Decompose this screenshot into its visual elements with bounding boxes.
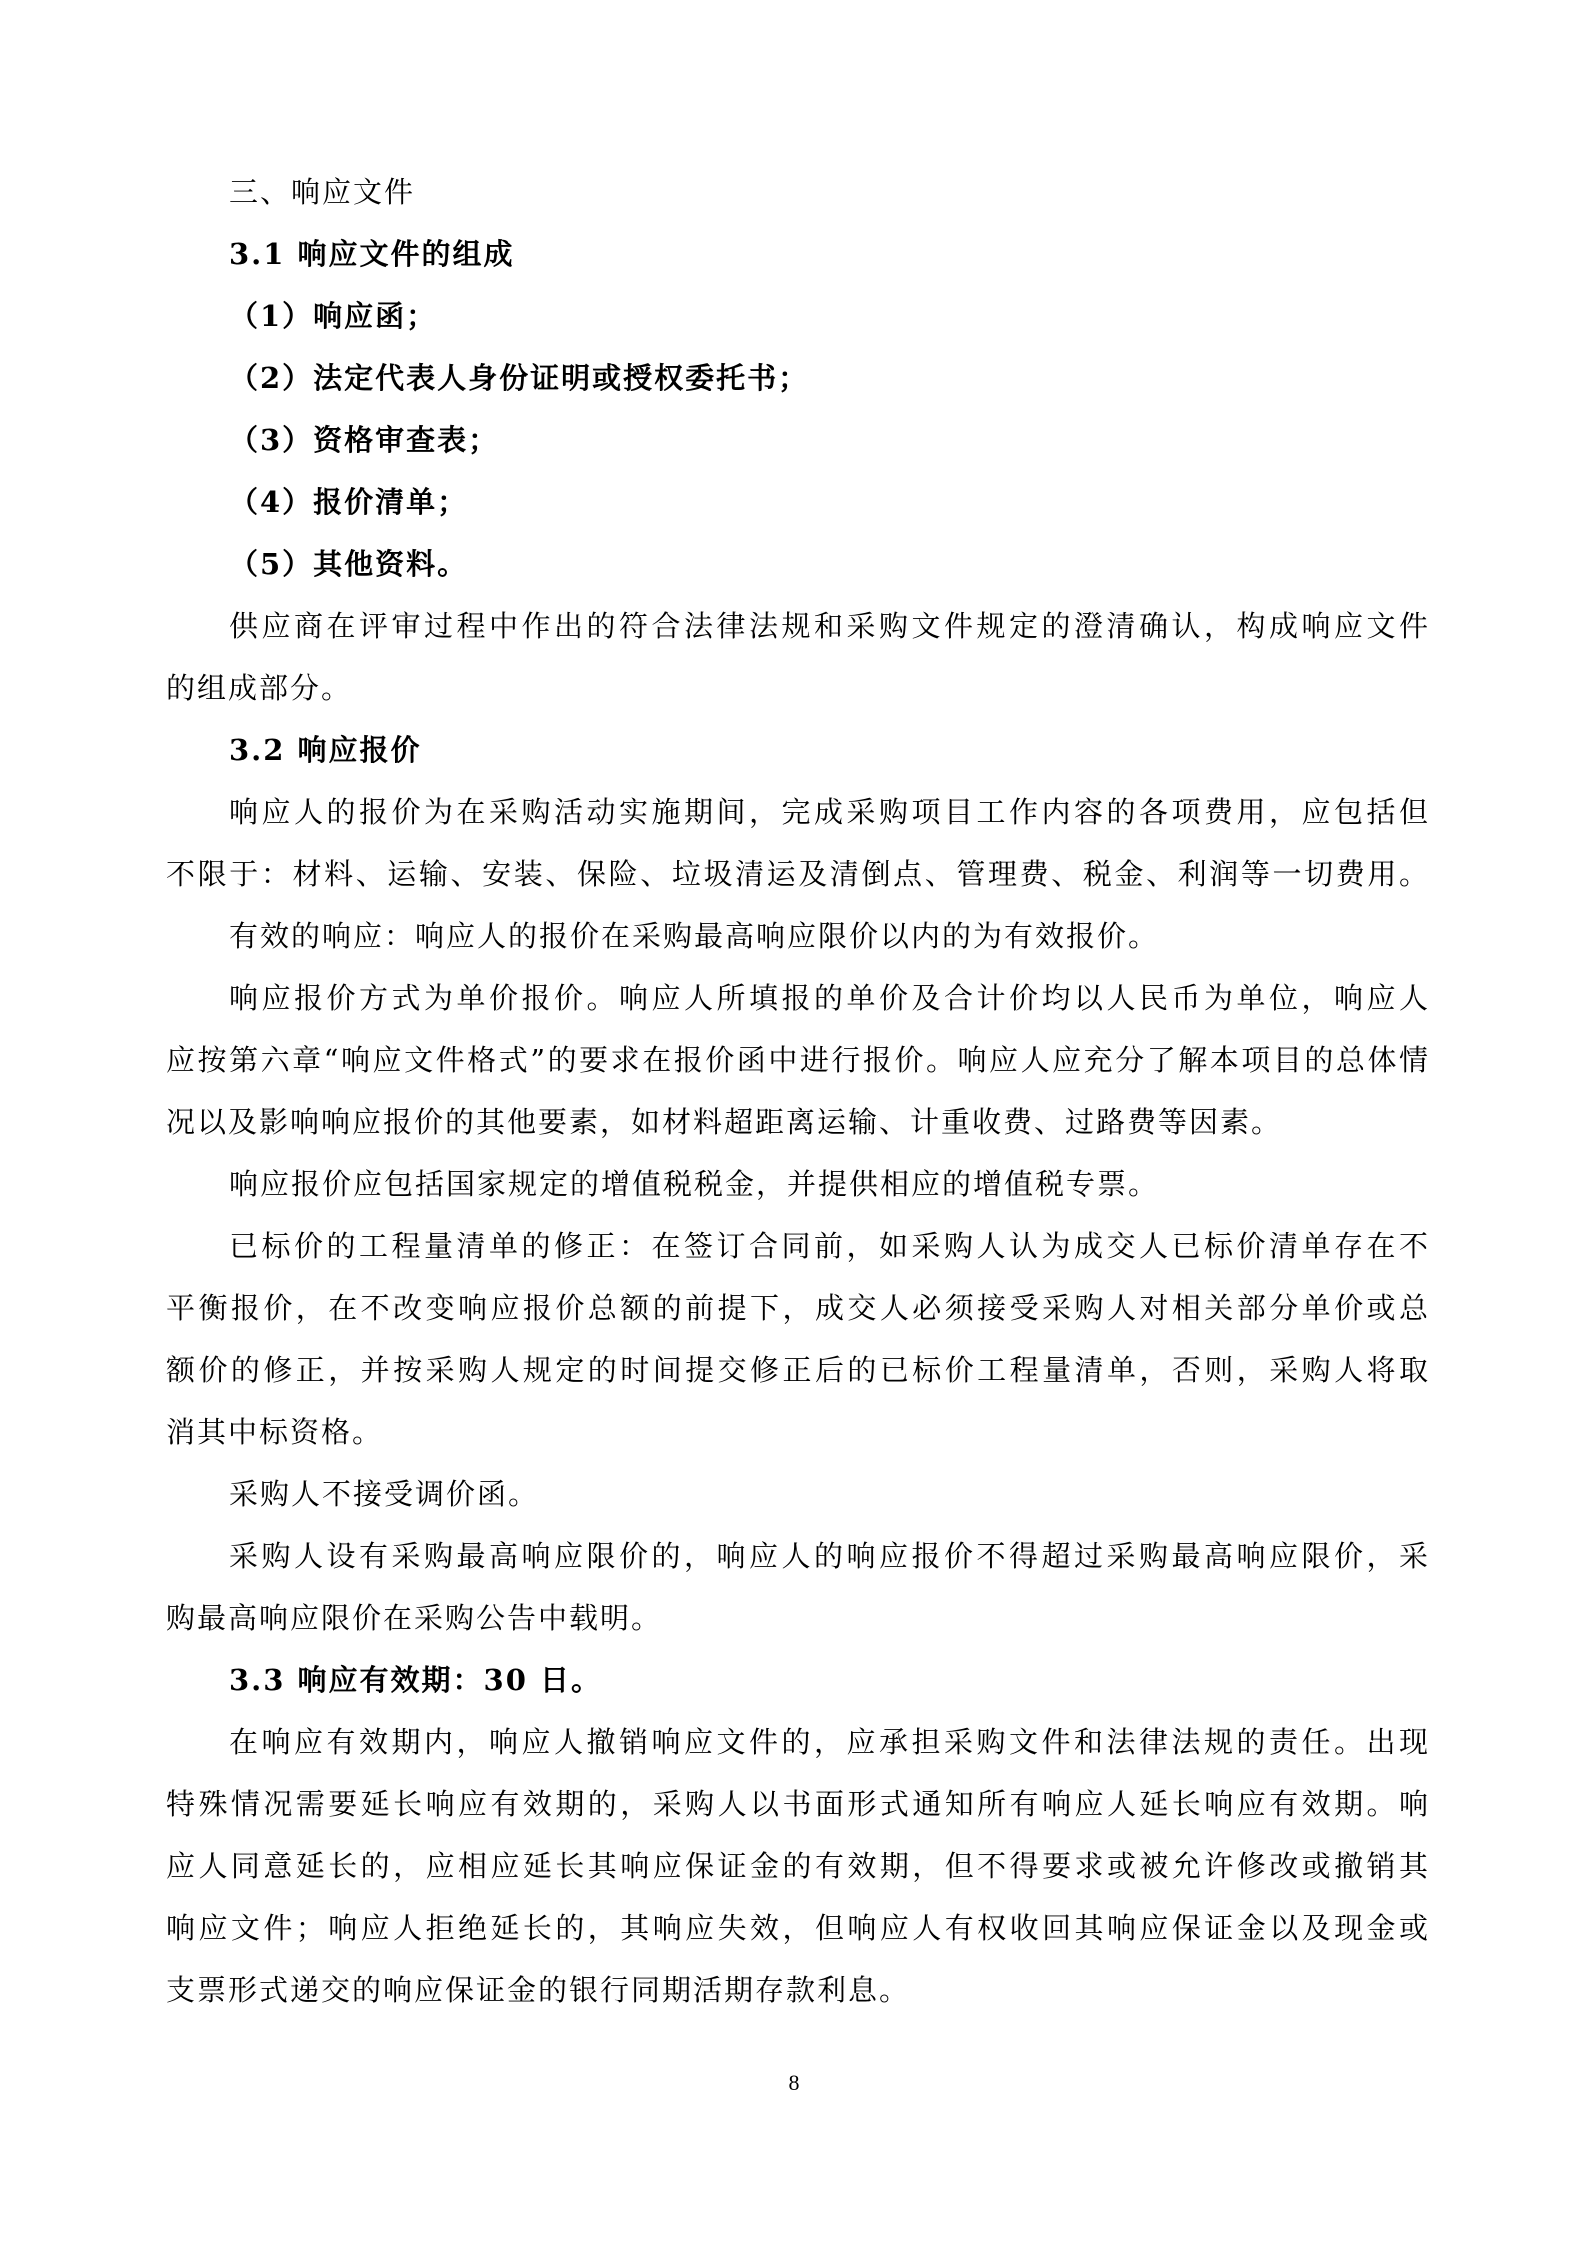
paragraph-line: 采购人不接受调价函。 [229,1474,539,1514]
list-item: （2）法定代表人身份证明或授权委托书； [229,358,809,398]
document-page: 三、响应文件 3.1 响应文件的组成 （1）响应函； （2）法定代表人身份证明或… [0,0,1588,2246]
heading-3-2: 3.2 响应报价 [229,730,422,770]
paragraph-line: 供应商在评审过程中作出的符合法律法规和采购文件规定的澄清确认，构成响应文件 [229,606,1430,646]
paragraph-line: 响应报价方式为单价报价。响应人所填报的单价及合计价均以人民币为单位，响应人 [229,978,1430,1018]
paragraph-line: 已标价的工程量清单的修正：在签订合同前，如采购人认为成交人已标价清单存在不 [229,1226,1430,1266]
paragraph-line: 额价的修正，并按采购人规定的时间提交修正后的已标价工程量清单，否则，采购人将取 [166,1350,1430,1390]
paragraph-line: 有效的响应：响应人的报价在采购最高响应限价以内的为有效报价。 [229,916,1159,956]
paragraph-line: 况以及影响响应报价的其他要素，如材料超距离运输、计重收费、过路费等因素。 [166,1102,1282,1142]
heading-3-1: 3.1 响应文件的组成 [229,234,515,274]
paragraph-line: 在响应有效期内，响应人撤销响应文件的，应承担采购文件和法律法规的责任。出现 [229,1722,1430,1762]
list-item: （1）响应函； [229,296,437,336]
paragraph-line: 特殊情况需要延长响应有效期的，采购人以书面形式通知所有响应人延长响应有效期。响 [166,1784,1430,1824]
paragraph-line: 响应文件；响应人拒绝延长的，其响应失效，但响应人有权收回其响应保证金以及现金或 [166,1908,1430,1948]
paragraph-line: 响应人的报价为在采购活动实施期间，完成采购项目工作内容的各项费用，应包括但 [229,792,1430,832]
paragraph-line: 采购人设有采购最高响应限价的，响应人的响应报价不得超过采购最高响应限价，采 [229,1536,1430,1576]
paragraph-line: 消其中标资格。 [166,1412,383,1452]
paragraph-line: 响应报价应包括国家规定的增值税税金，并提供相应的增值税专票。 [229,1164,1159,1204]
section-title: 三、响应文件 [229,172,415,212]
heading-3-3: 3.3 响应有效期：30 日。 [229,1660,602,1700]
paragraph-line: 平衡报价，在不改变响应报价总额的前提下，成交人必须接受采购人对相关部分单价或总 [166,1288,1430,1328]
list-item: （5）其他资料。 [229,544,468,584]
paragraph-line: 应按第六章“响应文件格式”的要求在报价函中进行报价。响应人应充分了解本项目的总体… [166,1040,1430,1080]
list-item: （4）报价清单； [229,482,468,522]
paragraph-line: 不限于：材料、运输、安装、保险、垃圾清运及清倒点、管理费、税金、利润等一切费用。 [166,854,1430,894]
paragraph-line: 购最高响应限价在采购公告中载明。 [166,1598,662,1638]
paragraph-line: 的组成部分。 [166,668,352,708]
paragraph-line: 应人同意延长的，应相应延长其响应保证金的有效期，但不得要求或被允许修改或撤销其 [166,1846,1430,1886]
list-item: （3）资格审查表； [229,420,499,460]
page-number: 8 [0,2070,1588,2096]
paragraph-line: 支票形式递交的响应保证金的银行同期活期存款利息。 [166,1970,910,2010]
